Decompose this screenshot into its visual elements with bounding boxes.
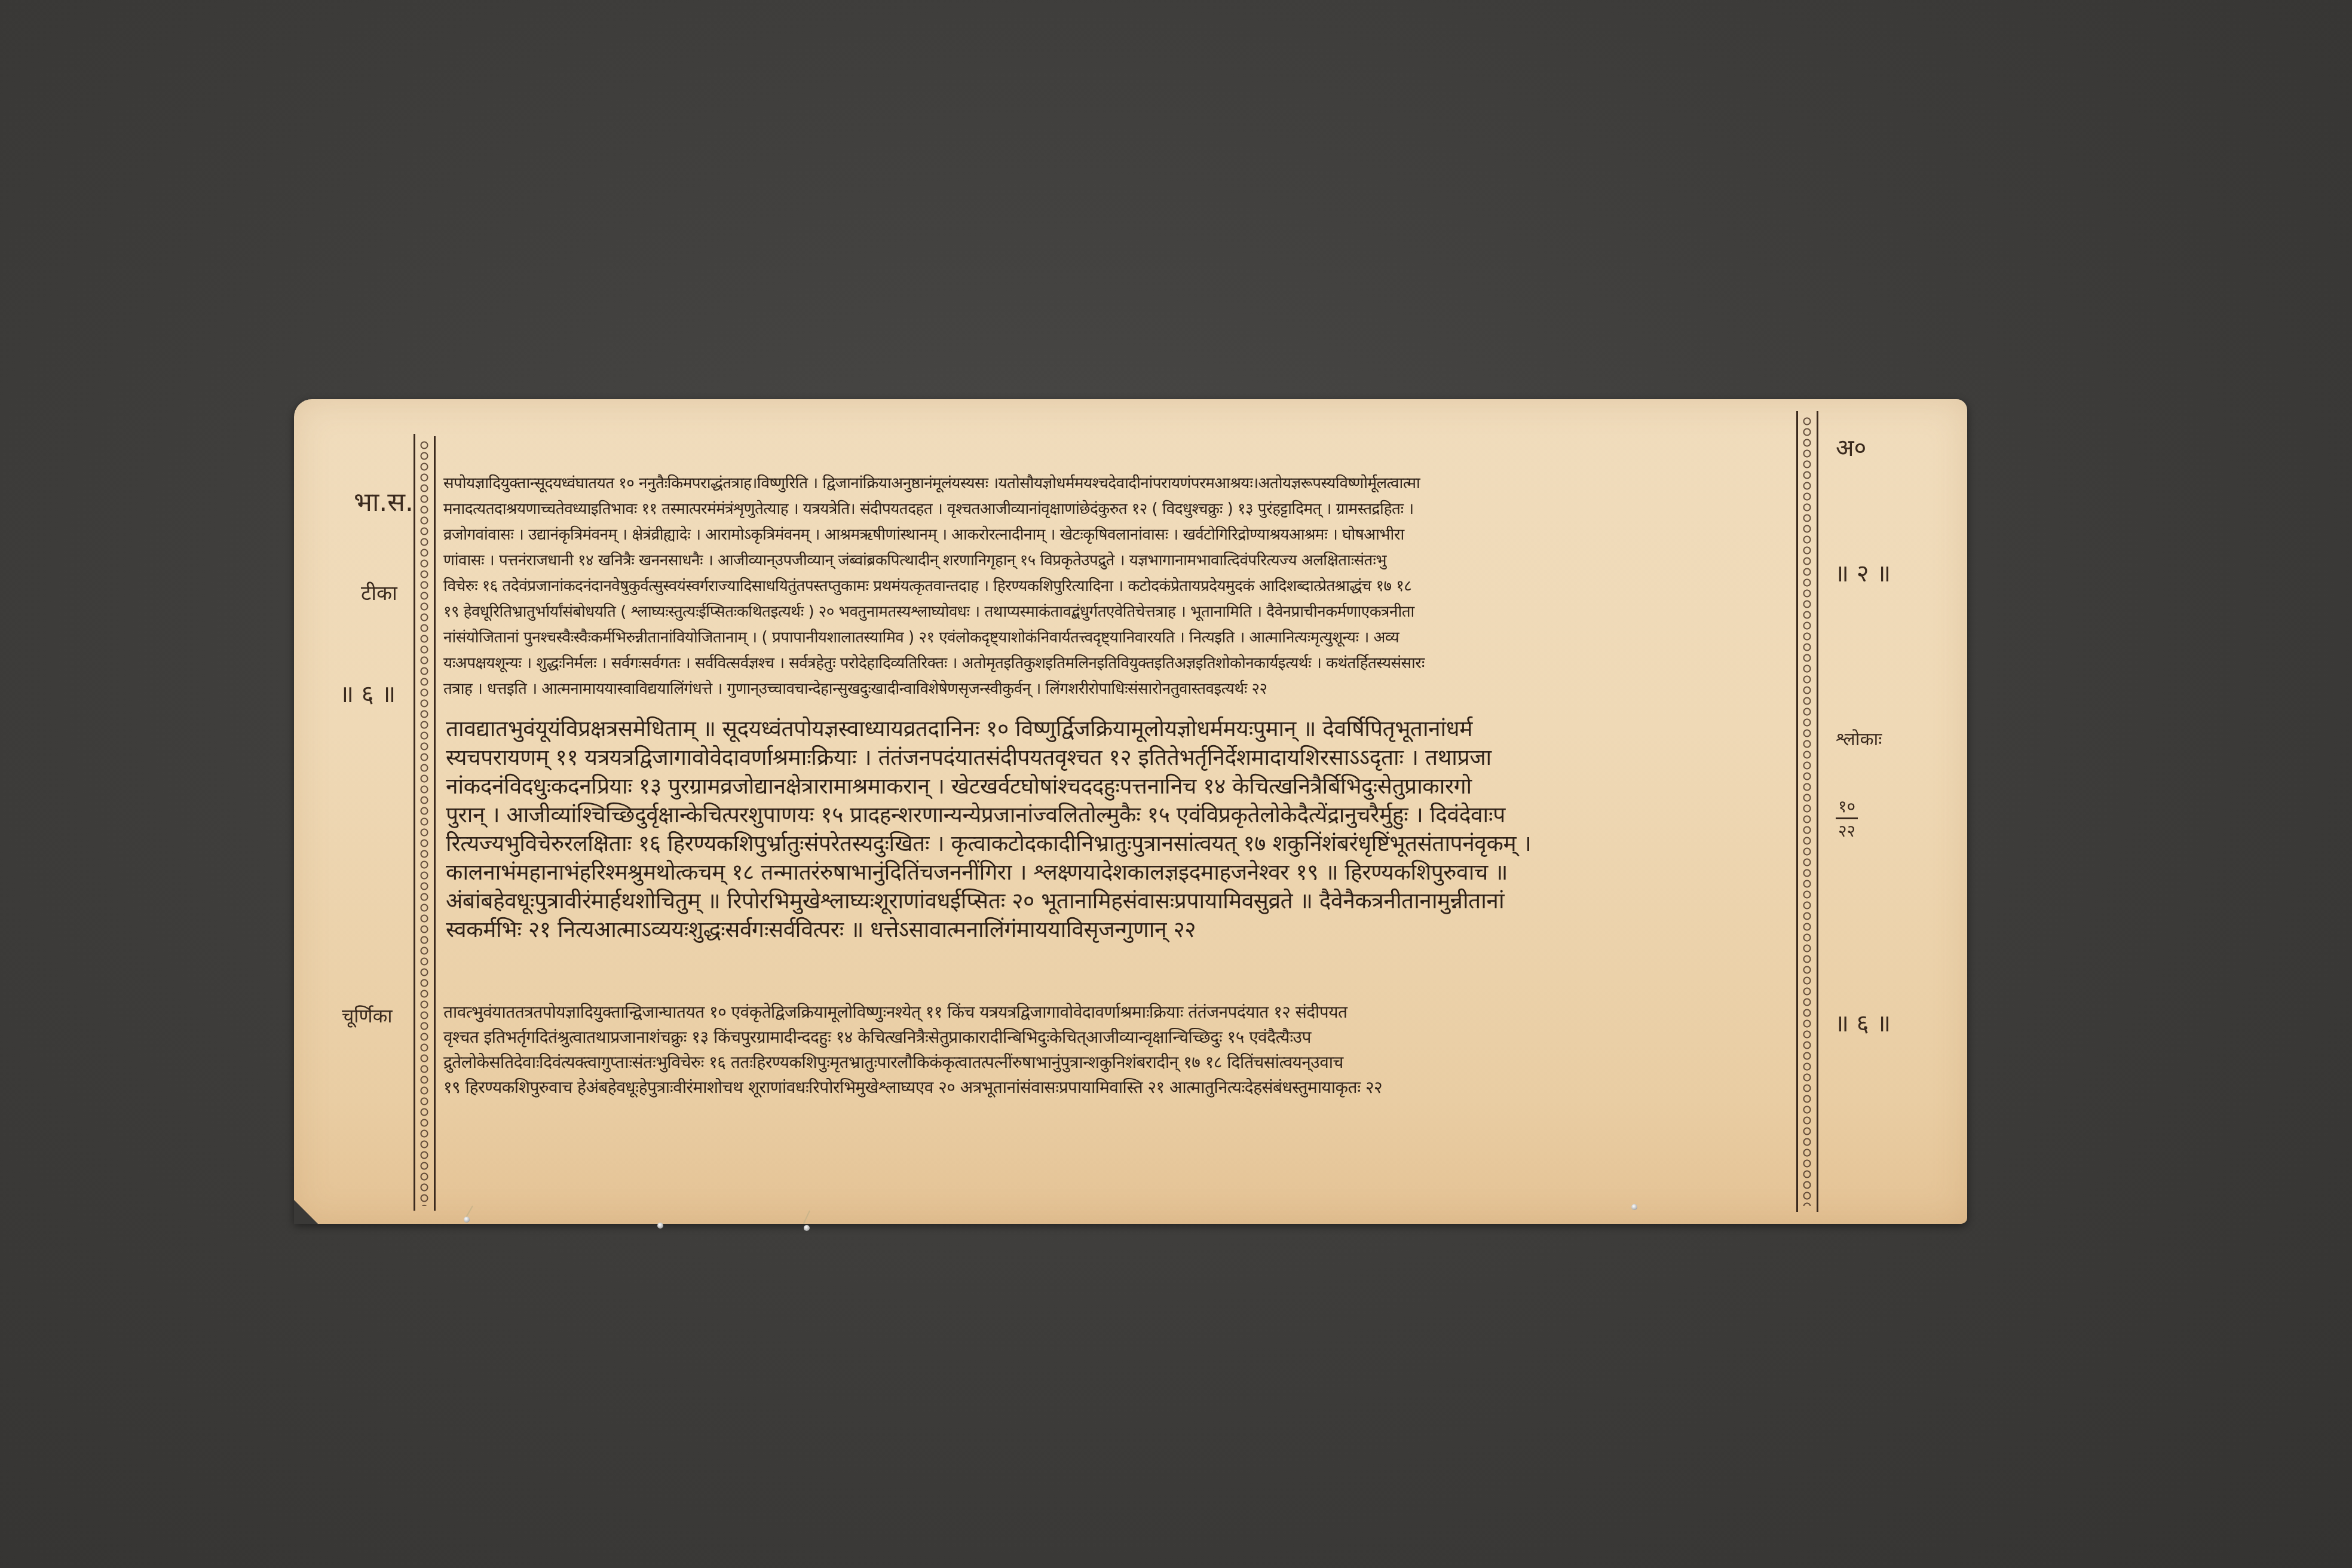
tika-line: तत्राह । धत्तइति । आत्मनामाययास्वाविद्यय… <box>443 676 1818 702</box>
adhyaya-number: ॥ २ ॥ <box>1835 556 1891 589</box>
verse-line: स्वकर्मभिः २१ नित्यआत्माऽव्ययःशुद्धःसर्व… <box>443 915 1818 944</box>
verse-line: पुरान् । आजीव्यांश्चिच्छिदुर्वृक्षान्केच… <box>443 801 1818 829</box>
tika-commentary: सपोयज्ञादियुक्तान्सूदयध्वंघातयत १० ननुतै… <box>443 471 1818 702</box>
tika-line: नांसंयोजितानां पुनश्चस्वैःस्वैःकर्मभिरुन… <box>443 625 1818 651</box>
tika-line: णांवासः । पत्तनंराजधानी १४ खनित्रैः खननस… <box>443 548 1818 574</box>
tika-line: १९ हेवधूरितिभ्रातुर्भार्यांसंबोधयति ( श्… <box>443 599 1818 625</box>
left-leaf-number: ॥ ६ ॥ <box>339 676 396 709</box>
left-border-rule-outer <box>414 434 415 1211</box>
tika-label: टीका <box>361 578 397 606</box>
mula-verses: तावद्यातभुवंयूयंविप्रक्षत्रसमेधिताम् ॥ स… <box>443 715 1818 944</box>
left-ornamental-border <box>418 440 431 1206</box>
verse-line: तावद्यातभुवंयूयंविप्रक्षत्रसमेधिताम् ॥ स… <box>443 715 1818 743</box>
shloka-range: १० २२ <box>1836 795 1858 842</box>
tika-line: मनादत्यतदाश्रयणाच्चतेवध्याइतिभावः ११ तस्… <box>443 497 1818 522</box>
adhyaya-label: अ० <box>1836 430 1866 463</box>
mounting-pin <box>804 1225 810 1231</box>
churnika-commentary: तावत्भुवंयाततत्रतपोयज्ञादियुक्तान्द्विजा… <box>443 1000 1818 1100</box>
manuscript-leaf: भा.स. टीका ॥ ६ ॥ चूर्णिका अ० ॥ २ ॥ श्लोक… <box>294 399 1967 1224</box>
text-title-label: भा.स. <box>354 483 414 519</box>
churnika-line: द्रुतेलोकेसतिदेवाःदिवंत्यक्त्वागुप्ताःसं… <box>443 1050 1818 1075</box>
shloka-label: श्लोकाः <box>1836 726 1882 751</box>
mounting-pin <box>464 1217 470 1223</box>
shloka-range-from: १० <box>1836 795 1858 819</box>
verse-line: नांकदनंविदधुःकदनप्रियाः १३ पुरग्रामव्रजो… <box>443 772 1818 801</box>
left-border-rule-inner <box>434 436 436 1211</box>
mounting-pin <box>657 1223 663 1229</box>
verse-line: कालनाभंमहानाभंहरिश्मश्रुमथोत्कचम् १८ तन्… <box>443 858 1818 887</box>
churnika-line: १९ हिरण्यकशिपुरुवाच हेअंबहेवधूःहेपुत्राः… <box>443 1075 1818 1100</box>
churnika-line: तावत्भुवंयाततत्रतपोयज्ञादियुक्तान्द्विजा… <box>443 1000 1818 1025</box>
verse-line: अंबांबहेवधूःपुत्रावीरंमार्हथशोचितुम् ॥ र… <box>443 887 1818 915</box>
tika-line: सपोयज्ञादियुक्तान्सूदयध्वंघातयत १० ननुतै… <box>443 471 1818 497</box>
shloka-range-to: २२ <box>1836 819 1858 842</box>
churnika-label: चूर्णिका <box>342 1003 393 1028</box>
mounting-pin <box>1631 1204 1637 1210</box>
verse-line: स्यचपरायणम् ११ यत्रयत्रद्विजागावोवेदावर्… <box>443 743 1818 772</box>
tika-line: यःअपक्षयशून्यः । शुद्धःनिर्मलः । सर्वगःस… <box>443 651 1818 676</box>
tika-line: विचेरुः १६ तदेवंप्रजानांकदनंदानवेषुकुर्व… <box>443 574 1818 599</box>
churnika-line: वृश्चत इतिभर्तृगदितंश्रुत्वातथाप्रजानाशं… <box>443 1025 1818 1050</box>
right-leaf-number: ॥ ६ ॥ <box>1835 1006 1891 1039</box>
verse-line: रित्यज्यभुविचेरुरलक्षिताः १६ हिरण्यकशिपु… <box>443 829 1818 858</box>
tika-line: व्रजोगवांवासः । उद्यानंकृत्रिमंवनम् । क्… <box>443 522 1818 548</box>
